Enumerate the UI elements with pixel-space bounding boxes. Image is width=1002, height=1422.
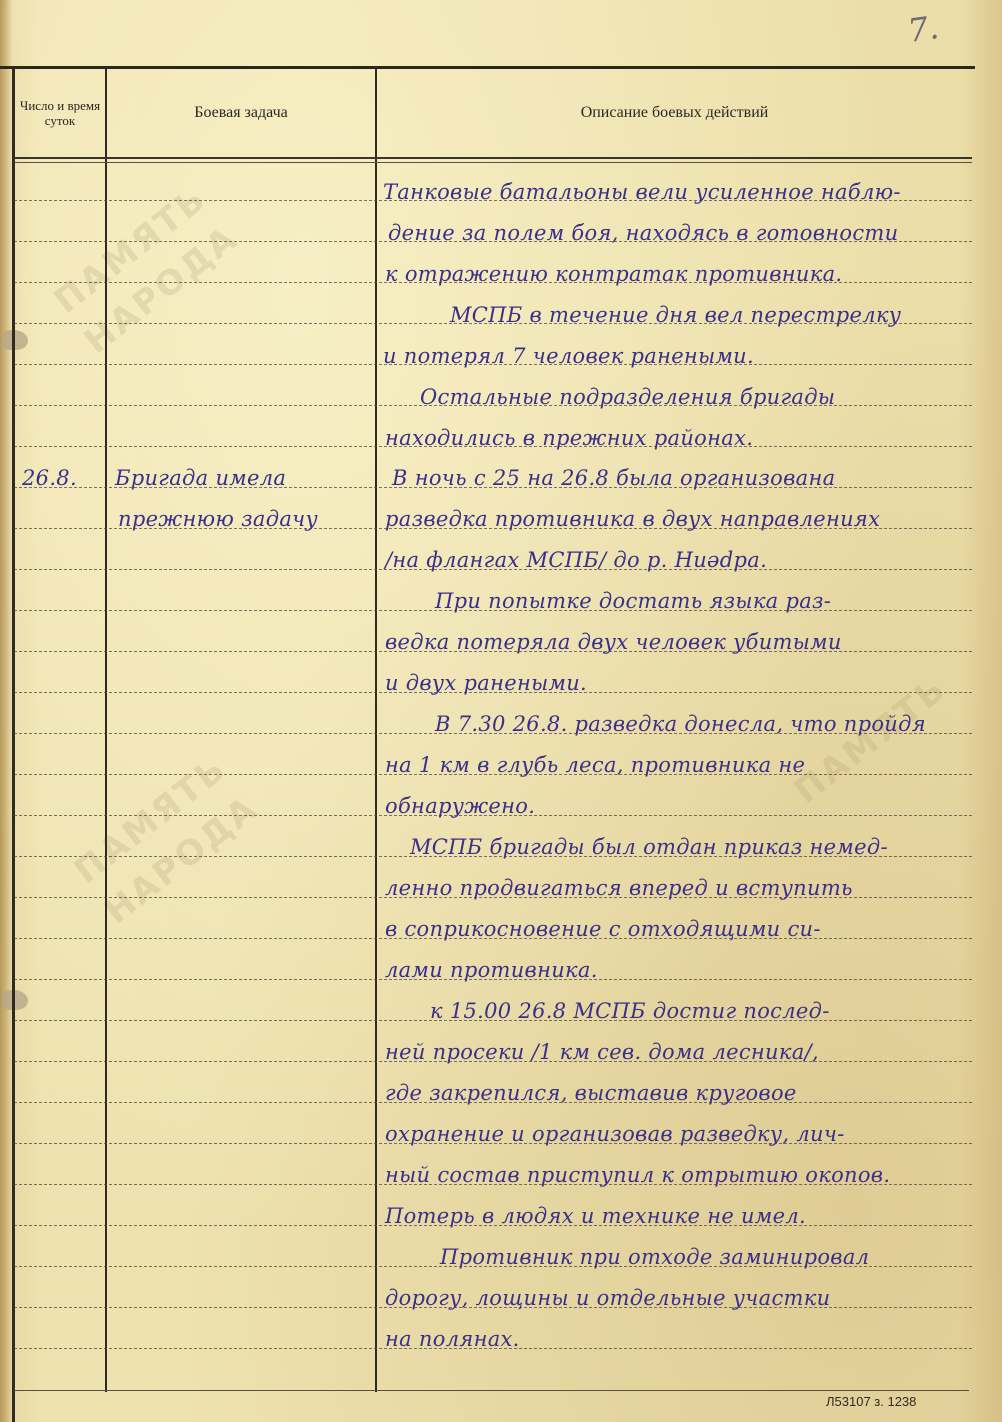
page-number: 7.: [906, 8, 942, 50]
column-divider: [12, 67, 15, 1422]
description-line: и двух ранеными.: [385, 671, 587, 695]
description-line: дорогу, лощины и отдельные участки: [385, 1286, 830, 1310]
description-line: на полянах.: [385, 1327, 520, 1351]
description-line: Потерь в людях и технике не имел.: [385, 1204, 806, 1228]
description-line: МСПБ бригады был отдан приказ немед-: [410, 835, 888, 859]
description-line: ленно продвигаться вперед и вступить: [385, 876, 853, 900]
description-line: ведка потеряла двух человек убитыми: [385, 630, 842, 654]
header-bottom-rule: [14, 162, 972, 163]
description-line: При попытке достать языка раз-: [435, 589, 831, 613]
column-divider: [375, 67, 377, 1392]
description-line: к 15.00 26.8 МСПБ достиг послед-: [430, 999, 830, 1023]
task-line: Бригада имела: [115, 466, 286, 490]
description-line: В 7.30 26.8. разведка донесла, что пройд…: [435, 712, 926, 736]
header-description: Описание боевых действий: [377, 70, 972, 156]
description-line: дение за полем боя, находясь в готовност…: [388, 221, 898, 245]
description-line: Танковые батальоны вели усиленное наблю-: [383, 180, 901, 204]
form-bottom-rule: [14, 1390, 969, 1391]
description-line: /на флангах МСПБ/ до р. Ниədра.: [385, 548, 767, 572]
description-line: охранение и организовав разведку, лич-: [385, 1122, 845, 1146]
task-line: прежнюю задачу: [118, 507, 318, 531]
header-bottom-rule: [14, 157, 972, 159]
description-line: лами противника.: [385, 958, 598, 982]
document-page: ПАМЯТЬ НАРОДА ПАМЯТЬ НАРОДА ПАМЯТЬ 7. Чи…: [0, 0, 1002, 1422]
description-line: ней просеки /1 км сев. дома лесника/,: [385, 1040, 819, 1064]
description-line: находились в прежних районах.: [385, 426, 753, 450]
form-code: Л53107 з. 1238: [826, 1394, 916, 1409]
description-line: разведка противника в двух направлениях: [385, 507, 880, 531]
description-line: Остальные подразделения бригады: [420, 385, 835, 409]
header-date-time: Число и время суток: [15, 70, 105, 156]
column-divider: [105, 67, 107, 1392]
table-top-rule: [0, 66, 975, 69]
header-combat-task: Боевая задача: [107, 70, 375, 156]
description-line: В ночь с 25 на 26.8 была организована: [392, 466, 835, 490]
description-line: и потерял 7 человек ранеными.: [383, 344, 754, 368]
description-line: обнаружено.: [385, 794, 535, 818]
binding-edge: [0, 0, 12, 1422]
description-line: ный состав приступил к отрытию окопов.: [385, 1163, 890, 1187]
description-line: МСПБ в течение дня вел перестрелку: [450, 303, 901, 327]
description-line: Противник при отходе заминировал: [440, 1245, 869, 1269]
watermark: ПАМЯТЬ: [787, 668, 955, 812]
row-date: 26.8.: [22, 466, 77, 490]
description-line: где закрепился, выставив круговое: [385, 1081, 797, 1105]
punch-hole: [2, 990, 28, 1010]
description-line: на 1 км в глубь леса, противника не: [385, 753, 805, 777]
punch-hole: [2, 330, 28, 350]
description-line: к отражению контратак противника.: [385, 262, 842, 286]
description-line: в соприкосновение с отходящими си-: [385, 917, 821, 941]
